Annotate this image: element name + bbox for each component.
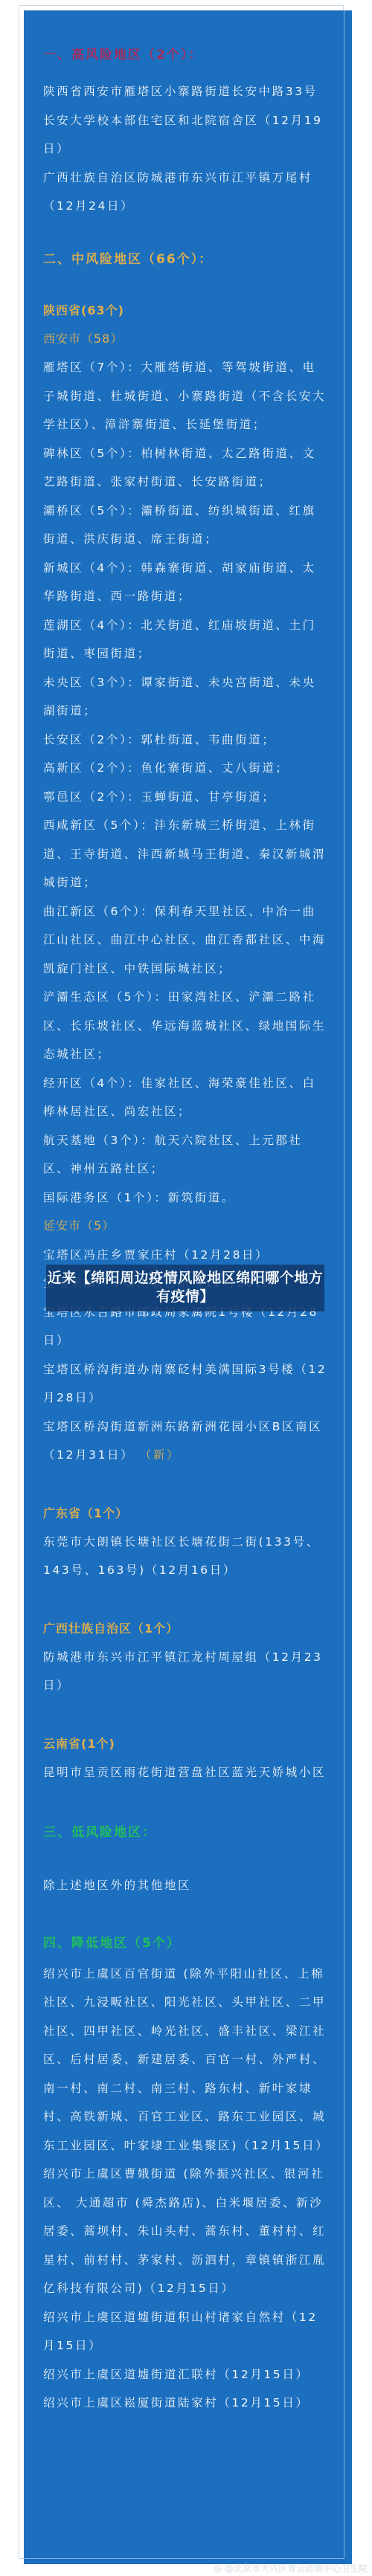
province-guangxi: 广西壮族自治区（1个） — [43, 1615, 329, 1643]
lowered-item: 绍兴市上虞区崧厦街道陆家村（12月15日） — [43, 2389, 329, 2418]
province-yunnan: 云南省(1个) — [43, 1730, 329, 1758]
district-item: 鄠邑区（2个）：玉蝉街道、甘亭街道； — [43, 783, 329, 812]
low-risk-item: 除上述地区外的其他地区 — [43, 1871, 329, 1900]
district-item: 曲江新区（6个）：保利春天里社区、中冶一曲江山社区、曲江中心社区、曲江香都社区、… — [43, 897, 329, 984]
lowered-item: 绍兴市上虞区曹娥街道 (除外振兴社区、银河社区、 大通超市 (舜杰路店)、白米堰… — [43, 2160, 329, 2303]
watermark-text: @北京市大兴区青云店镇中心卫生院 — [225, 2563, 368, 2574]
district-item: 未央区（3个）：谭家街道、未央宫街道、未央湖街道； — [43, 668, 329, 726]
high-risk-item: 陕西省西安市雁塔区小寨路街道长安中路33号长安大学校本部住宅区和北院宿舍区（12… — [43, 77, 329, 164]
district-item: 雁塔区（7个）：大雁塔街道、等驾坡街道、电子城街道、杜城街道、小寨路街道（不含长… — [43, 353, 329, 439]
low-risk-heading: 三、低风险地区： — [43, 1816, 329, 1849]
city-yanan: 延安市（5） — [43, 1212, 329, 1241]
district-item: 经开区（4个）：佳家社区、海荣豪佳社区、白桦林居社区、尚宏社区； — [43, 1069, 329, 1126]
city-xian: 西安市（58） — [43, 325, 329, 354]
district-item: 长安区（2个）：郭杜街道、韦曲街道； — [43, 726, 329, 755]
district-item: 莲湖区（4个）：北关街道、红庙坡街道、土门街道、枣园街道； — [43, 611, 329, 668]
lowered-item: 绍兴市上虞区百官街道 (除外平阳山社区、上棉社区、九浸畈社区、阳光社区、头甲社区… — [43, 1960, 329, 2160]
watermark: ◎ @北京市大兴区青云店镇中心卫生院 — [214, 2562, 368, 2575]
high-risk-heading: 一、高风险地区（2个）： — [43, 39, 329, 71]
yanan-item: 宝塔区桥沟街道办南寨砭村美满国际3号楼（12月28日） — [43, 1355, 329, 1413]
medium-risk-heading: 二、中风险地区（66个）： — [43, 243, 329, 276]
new-tag: （新） — [140, 1448, 180, 1462]
district-item: 航天基地（3个）：航天六院社区、上元郡社区、神州五路社区； — [43, 1126, 329, 1184]
lowered-item: 绍兴市上虞区道墟街道汇联村（12月15日） — [43, 2360, 329, 2389]
guangxi-item: 防城港市东兴市江平镇江龙村周屋组（12月23日） — [43, 1643, 329, 1700]
district-item: 浐灞生态区（5个）：田家湾社区、浐灞二路社区、长乐坡社区、华远海蓝城社区、绿地国… — [43, 983, 329, 1069]
guangdong-item: 东莞市大朗镇长塘社区长塘花街二街(133号、143号、163号)（12月16日） — [43, 1528, 329, 1585]
province-shaanxi: 陕西省(63个) — [43, 297, 329, 325]
district-item: 西咸新区（5个）：沣东新城三桥街道、上林街道、王寺街道、沣西新城马王街道、秦汉新… — [43, 811, 329, 897]
lowered-item: 绍兴市上虞区道墟街道积山村诸家自然村（12月15日） — [43, 2303, 329, 2360]
high-risk-item: 广西壮族自治区防城港市东兴市江平镇万尾村（12月24日） — [43, 164, 329, 221]
yunnan-item: 昆明市呈贡区雨花街道营盘社区蓝光天娇城小区 — [43, 1758, 329, 1787]
yanan-item-text: 宝塔区桥沟街道新洲东路新洲花园小区B区南区（12月31日） — [43, 1420, 322, 1462]
district-item: 新城区（4个）：韩森寨街道、胡家庙街道、太华路街道、西一路街道； — [43, 554, 329, 611]
lowered-heading: 四、降低地区（5个） — [43, 1927, 329, 1960]
district-item: 碑林区（5个）：柏树林街道、太乙路街道、文艺路街道、张家村街道、长安路街道； — [43, 439, 329, 497]
district-item: 灞桥区（5个）：灞桥街道、纺织城街道、红旗街道、洪庆街道、席王街道； — [43, 497, 329, 554]
province-guangdong: 广东省（1个） — [43, 1500, 329, 1528]
district-item: 高新区（2个）：鱼化寨街道、丈八街道； — [43, 754, 329, 783]
weibo-icon: ◎ — [214, 2563, 222, 2574]
yanan-item-new: 宝塔区桥沟街道新洲东路新洲花园小区B区南区（12月31日） （新） — [43, 1413, 329, 1470]
district-item: 国际港务区（1个）：新筑街道。 — [43, 1184, 329, 1213]
article-title-banner[interactable]: 近来【绵阳周边疫情风险地区绵阳哪个地方有疫情】 — [46, 1265, 324, 1311]
risk-area-list: 一、高风险地区（2个）： 陕西省西安市雁塔区小寨路街道长安中路33号长安大学校本… — [43, 33, 329, 2418]
